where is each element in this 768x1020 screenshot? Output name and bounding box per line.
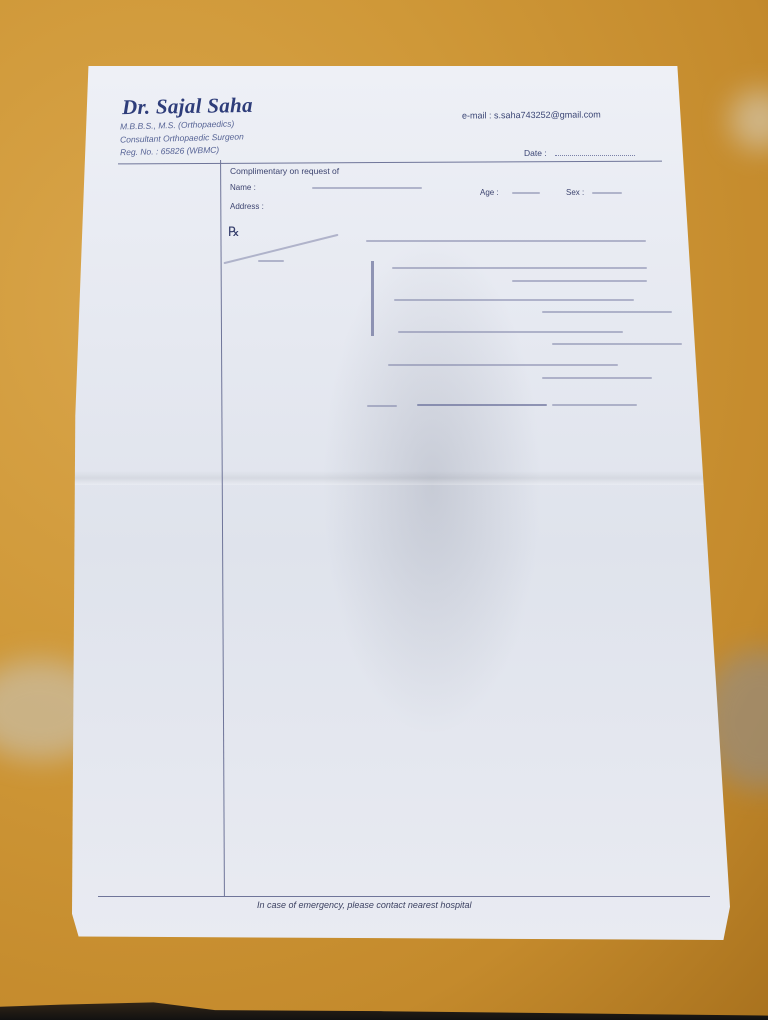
qualifications: M.B.B.S., M.S. (Orthopaedics): [120, 119, 235, 132]
rx-line-handwriting: [366, 240, 646, 242]
date-value: [555, 149, 635, 156]
complimentary-header: Complimentary on request of: [230, 166, 339, 176]
rx-line-handwriting: [417, 404, 547, 406]
rx-line-handwriting: [512, 280, 647, 282]
footer-divider: [98, 896, 710, 897]
age-handwriting: [512, 192, 540, 194]
patient-name-handwriting: [312, 187, 422, 189]
table-stain: [730, 90, 768, 150]
rx-line-handwriting: [367, 405, 397, 407]
margin-divider: [220, 160, 225, 896]
name-label: Name :: [230, 183, 256, 192]
shadow: [322, 236, 542, 736]
rx-line-handwriting: [542, 377, 652, 379]
footer-note: In case of emergency, please contact nea…: [257, 900, 471, 910]
table-edge: [0, 998, 768, 1020]
rx-line-handwriting: [388, 364, 618, 366]
rx-line-handwriting: [552, 404, 637, 406]
registration-number: Reg. No. : 65826 (WBMC): [120, 145, 219, 158]
paper-fold: [72, 471, 730, 485]
rx-line-handwriting: [394, 299, 634, 301]
email-line: e-mail : s.saha743252@gmail.com: [462, 109, 601, 120]
email-label: e-mail :: [462, 110, 492, 120]
age-label: Age :: [480, 188, 499, 197]
sex-label: Sex :: [566, 188, 584, 197]
margin-note-handwriting: [258, 260, 284, 262]
rx-line-handwriting: [552, 343, 682, 345]
rx-line-handwriting: [542, 311, 672, 313]
prescription-sheet: Dr. Sajal Saha M.B.B.S., M.S. (Orthopaed…: [72, 66, 730, 940]
address-label: Address :: [230, 202, 264, 211]
header-divider: [118, 161, 662, 165]
rx-line-handwriting: [398, 331, 623, 333]
bracket-mark: [371, 261, 374, 336]
email-address: s.saha743252@gmail.com: [494, 109, 601, 120]
doctor-name: Dr. Sajal Saha: [122, 93, 253, 120]
rx-line-handwriting: [392, 267, 647, 269]
date-field: Date :: [524, 148, 635, 158]
date-label: Date :: [524, 148, 547, 158]
designation: Consultant Orthopaedic Surgeon: [120, 131, 244, 144]
sex-handwriting: [592, 192, 622, 194]
rx-symbol: ℞: [228, 224, 240, 240]
